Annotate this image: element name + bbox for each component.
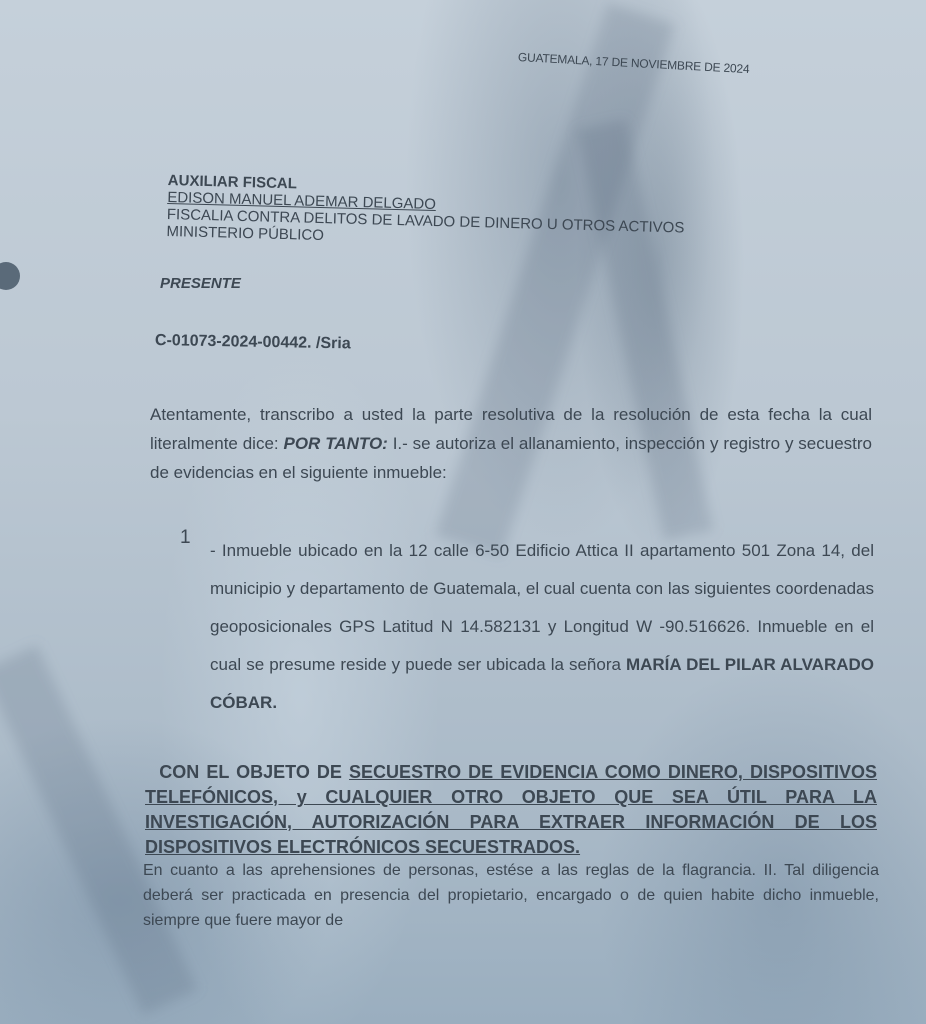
intro-paragraph: Atentamente, transcribo a usted la parte… <box>150 400 872 487</box>
item-paragraph: - Inmueble ubicado en la 12 calle 6-50 E… <box>210 532 874 722</box>
object-prefix: CON EL OBJETO DE <box>159 762 349 782</box>
recipient-block: AUXILIAR FISCAL EDISON MANUEL ADEMAR DEL… <box>166 172 685 254</box>
item-number: 1 <box>180 527 191 549</box>
object-paragraph: CON EL OBJETO DE SECUESTRO DE EVIDENCIA … <box>145 760 877 860</box>
closing-paragraph: En cuanto a las aprehensiones de persona… <box>143 858 879 933</box>
salutation: PRESENTE <box>160 275 241 292</box>
case-number: C-01073-2024-00442. /Sria <box>155 332 351 353</box>
por-tanto: POR TANTO: <box>284 434 388 453</box>
